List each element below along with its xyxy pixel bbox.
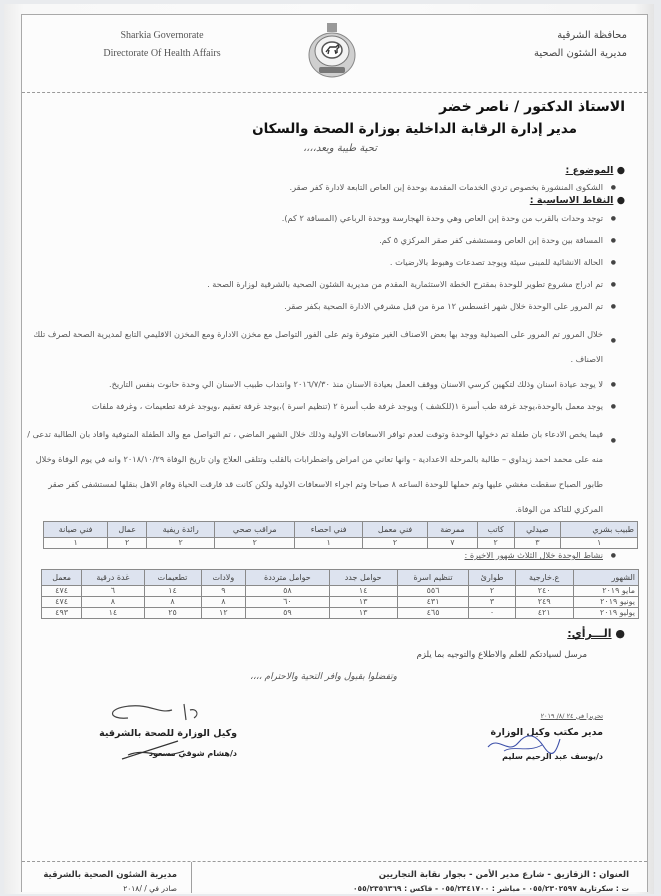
table-cell: ٢: [108, 538, 147, 549]
activity-heading: نشاط الوحدة خلال الثلاث شهور الاخيرة :: [25, 549, 625, 562]
key-point: المسافة بين وحدة إبن العاص ومستشفى كفر ص…: [25, 234, 625, 247]
table-cell: ٢٤٠: [515, 586, 573, 597]
activity-table: الشهور ع.خارجية طوارئ تنظيم اسرة حوامل ج…: [41, 569, 639, 619]
table-cell: ٧: [428, 538, 478, 549]
handwritten-note-icon: [100, 700, 210, 726]
table-cell: ٩: [201, 586, 246, 597]
governorate-ar: محافظة الشرقية: [427, 27, 627, 45]
month-cell: مايو ٢٠١٩: [573, 586, 638, 597]
staff-values-row: ١ ٣ ٢ ٧ ٢ ١ ٢ ٢ ٢ ١: [44, 538, 638, 549]
column-header: ولادات: [201, 570, 246, 586]
column-header: ع.خارجية: [515, 570, 573, 586]
month-cell: يوليو ٢٠١٩: [573, 608, 638, 619]
key-point: تم ادراج مشروع تطوير للوحدة بمقترح الخطة…: [25, 278, 625, 291]
table-cell: ٤٣١: [397, 597, 469, 608]
table-cell: ٤٧٤: [42, 586, 82, 597]
column-header: فني احصاء: [295, 522, 363, 538]
table-cell: ٦٠: [246, 597, 329, 608]
key-point: توجد وحدات بالقرب من وحدة إبن العاص وهي …: [25, 212, 625, 225]
table-cell: ٢: [215, 538, 295, 549]
governorate-en: Sharkia Governorate: [62, 27, 262, 45]
activity-heading-wrap: نشاط الوحدة خلال الثلاث شهور الاخيرة :: [25, 549, 625, 571]
table-cell: ٤٧٤: [42, 597, 82, 608]
table-cell: ٨: [144, 597, 201, 608]
table-cell: ٨: [82, 597, 144, 608]
column-header: طبيب بشري: [561, 522, 638, 538]
column-header: غدة درقية: [82, 570, 144, 586]
table-cell: ٢٤٩: [515, 597, 573, 608]
footer-issue-box: مديرية الشئون الصحية بالشرقية صادر في / …: [22, 862, 192, 893]
document-page: Sharkia Governorate Directorate Of Healt…: [4, 4, 654, 894]
column-header: عمال: [108, 522, 147, 538]
key-point: خلال المرور تم المرور على الصيدلية ووجد …: [25, 322, 625, 372]
column-header: فني صيانة: [44, 522, 108, 538]
table-cell: ٠: [469, 608, 515, 619]
footer-issued: صادر في / /٢٠١٨: [22, 882, 177, 896]
key-points-list: توجد وحدات بالقرب من وحدة إبن العاص وهي …: [25, 212, 625, 548]
table-cell: ١٤: [144, 586, 201, 597]
column-header: تطعيمات: [144, 570, 201, 586]
column-header: ممرضة: [428, 522, 478, 538]
table-cell: ١٤: [82, 608, 144, 619]
header-english: Sharkia Governorate Directorate Of Healt…: [62, 27, 262, 63]
table-cell: ٤٢١: [515, 608, 573, 619]
footer-contact: العنوان : الزقازيق - شارع مدير الأمن - ب…: [353, 868, 629, 896]
table-cell: ٥٩: [246, 608, 329, 619]
subject-heading: ● الموضوع :: [566, 165, 626, 176]
opinion-heading: ● الـــرأي:: [567, 627, 625, 640]
table-cell: ٣: [514, 538, 561, 549]
table-cell: ١: [295, 538, 363, 549]
table-cell: ١٢: [201, 608, 246, 619]
column-header: صيدلي: [514, 522, 561, 538]
column-header: فني معمل: [362, 522, 427, 538]
closing-text: وتفضلوا بقبول وافر التحية والاحترام ،،،،: [250, 672, 397, 682]
signature-scribble-icon: [484, 733, 564, 757]
table-cell: ١: [44, 538, 108, 549]
column-header: تنظيم اسرة: [397, 570, 469, 586]
directorate-ar: مديرية الشئون الصحية: [427, 45, 627, 63]
issue-date: تحريرا في ٢٤ /٨/ ٢٠١٩: [541, 712, 603, 720]
staff-table: طبيب بشري صيدلي كاتب ممرضة فني معمل فني …: [43, 521, 638, 549]
opinion-text: مرسل لسيادتكم للعلم والاطلاع والتوجيه بم…: [417, 650, 587, 660]
letterhead-header: Sharkia Governorate Directorate Of Healt…: [22, 15, 647, 93]
table-row: يوليو ٢٠١٩ ٤٢١ ٠ ٤٦٥ ١٣ ٥٩ ١٢ ٢٥ ١٤ ٤٩٣: [42, 608, 639, 619]
greeting: تحية طيبة وبعد،،،،: [303, 143, 377, 154]
table-cell: ١٤: [329, 586, 397, 597]
table-row: يونيو ٢٠١٩ ٢٤٩ ٣ ٤٣١ ١٣ ٦٠ ٨ ٨ ٨ ٤٧٤: [42, 597, 639, 608]
footer-org: مديرية الشئون الصحية بالشرقية: [22, 868, 177, 882]
table-cell: ١٣: [329, 597, 397, 608]
column-header: معمل: [42, 570, 82, 586]
key-point: لا يوجد عيادة اسنان وذلك لتكهين كرسي الا…: [25, 378, 625, 391]
table-cell: ٢: [147, 538, 215, 549]
table-cell: ١٣: [329, 608, 397, 619]
column-header: كاتب: [477, 522, 514, 538]
footer-address: العنوان : الزقازيق - شارع مدير الأمن - ب…: [353, 868, 629, 882]
key-point: فيما يخص الادعاء بان طفلة تم دخولها الوح…: [25, 422, 625, 522]
column-header: حوامل جدد: [329, 570, 397, 586]
ministry-emblem-icon: [307, 21, 357, 83]
column-header: رائدة ريفية: [147, 522, 215, 538]
addressee-position: مدير إدارة الرقابة الداخلية بوزارة الصحة…: [252, 121, 577, 137]
table-cell: ٥٥٦: [397, 586, 469, 597]
table-cell: ٢: [362, 538, 427, 549]
key-point: تم المرور على الوحدة خلال شهر اغسطس ١٢ م…: [25, 300, 625, 313]
month-cell: يونيو ٢٠١٩: [573, 597, 638, 608]
column-header: الشهور: [573, 570, 638, 586]
key-point: الحالة الانشائية للمبنى سيئة ويوجد تصدعا…: [25, 256, 625, 269]
letterhead-frame: Sharkia Governorate Directorate Of Healt…: [21, 14, 648, 892]
footer-phones: ت : سكرتارية ٠٥٥/٢٣٠٢٥٩٧ - مباشر : ٠٥٥/٢…: [353, 882, 629, 896]
key-points-heading: ● النقاط الاساسية :: [530, 195, 625, 206]
table-cell: ٤٦٥: [397, 608, 469, 619]
table-cell: ٦: [82, 586, 144, 597]
addressee-title: الاستاذ الدكتور / ناصر خضر: [439, 99, 625, 115]
table-cell: ٢: [477, 538, 514, 549]
column-header: حوامل مترددة: [246, 570, 329, 586]
table-cell: ٢: [469, 586, 515, 597]
column-header: طوارئ: [469, 570, 515, 586]
activity-header-row: الشهور ع.خارجية طوارئ تنظيم اسرة حوامل ج…: [42, 570, 639, 586]
signature-scribble-icon: [118, 737, 188, 763]
staff-header-row: طبيب بشري صيدلي كاتب ممرضة فني معمل فني …: [44, 522, 638, 538]
column-header: مراقب صحي: [215, 522, 295, 538]
letterhead-footer: مديرية الشئون الصحية بالشرقية صادر في / …: [22, 861, 647, 893]
table-cell: ١: [561, 538, 638, 549]
key-point: يوجد معمل بالوحدة،يوجد غرفة طب أسرة ١(لل…: [25, 400, 625, 413]
table-cell: ٥٨: [246, 586, 329, 597]
subject-text: الشكوى المنشورة بخصوص تردي الخدمات المقد…: [25, 181, 625, 194]
table-cell: ٤٩٣: [42, 608, 82, 619]
directorate-en: Directorate Of Health Affairs: [62, 45, 262, 63]
table-cell: ٣: [469, 597, 515, 608]
table-row: مايو ٢٠١٩ ٢٤٠ ٢ ٥٥٦ ١٤ ٥٨ ٩ ١٤ ٦ ٤٧٤: [42, 586, 639, 597]
table-cell: ٢٥: [144, 608, 201, 619]
header-arabic: محافظة الشرقية مديرية الشئون الصحية: [427, 27, 627, 63]
table-cell: ٨: [201, 597, 246, 608]
